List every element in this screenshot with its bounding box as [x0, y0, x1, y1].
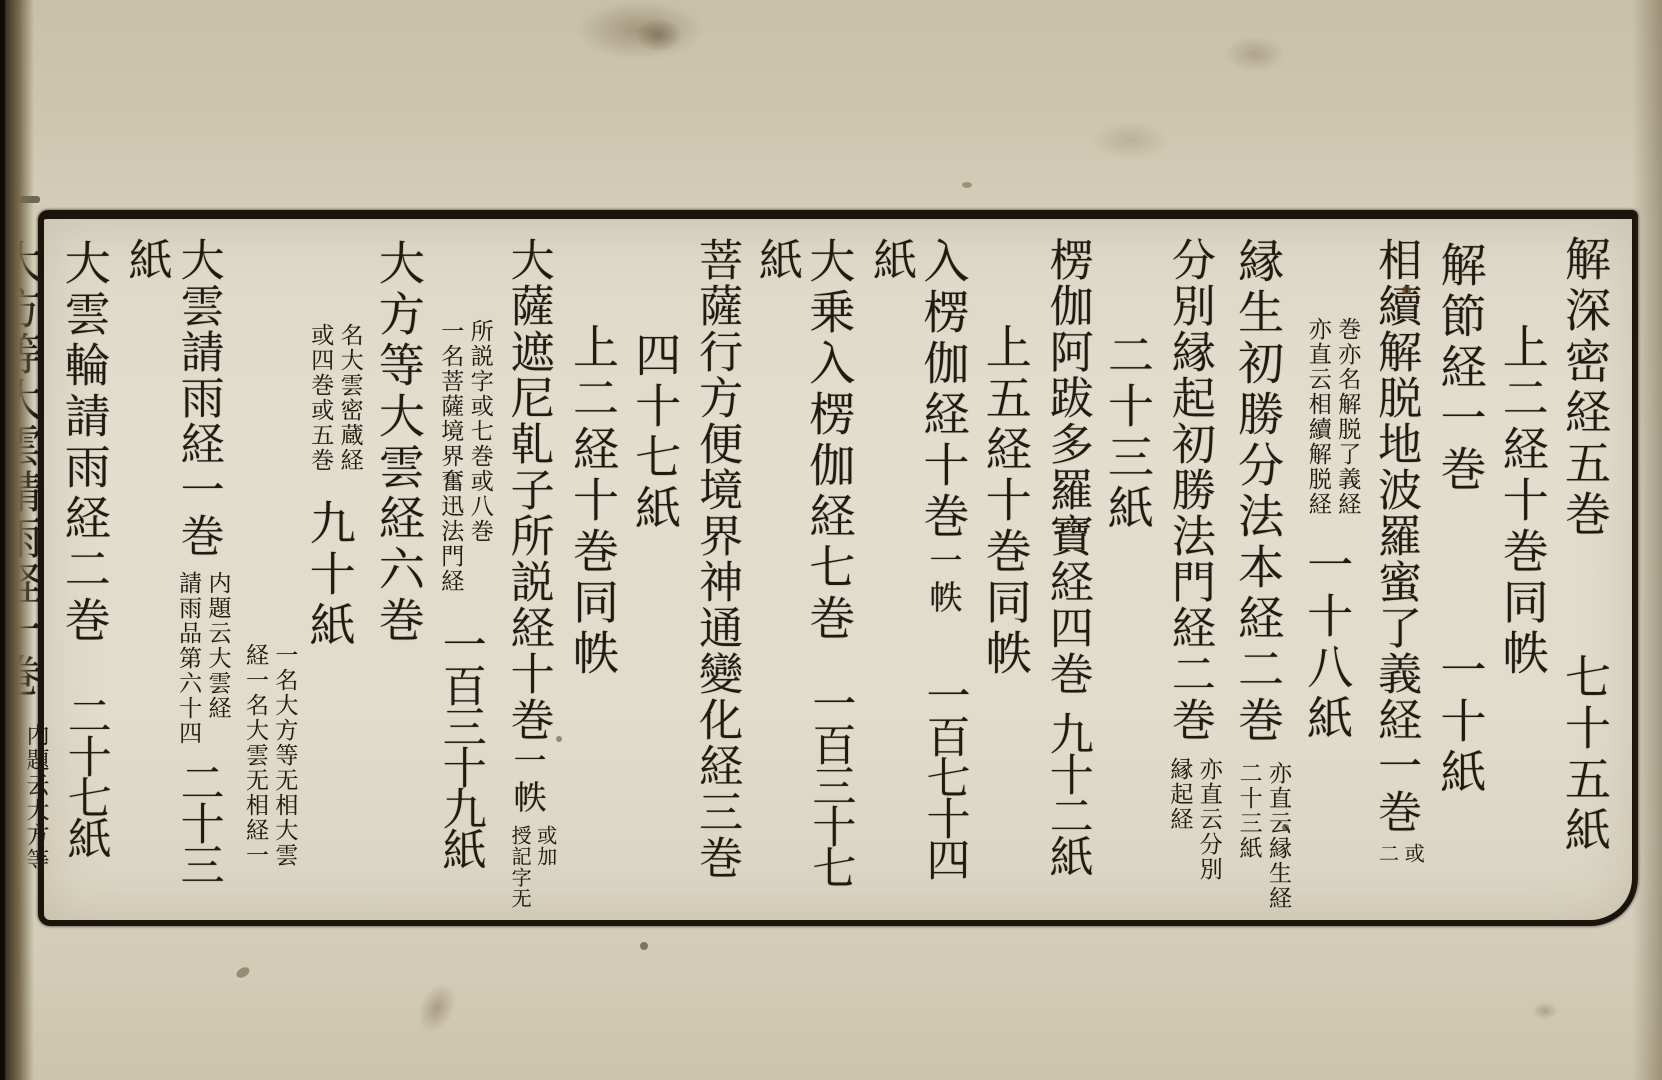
- interlinear-note: 内題云大雲経請雨品第六十四: [173, 571, 232, 746]
- entry-jieshenmi-jing: 解深密経五巻七十五紙: [1558, 227, 1612, 912]
- bleedthrough-mark: [1090, 120, 1170, 160]
- note-right-column: 或加: [532, 825, 558, 909]
- entry-dacheng-ru-lengqie-jing: 大乗入楞伽経七巻一百三十七紙: [750, 227, 856, 912]
- paper-stain: [411, 977, 464, 1038]
- bleedthrough-mark: [1225, 36, 1285, 72]
- sutra-title: 分別縁起初勝法門経二巻: [1164, 237, 1215, 743]
- note-left-column: 二十三紙: [1233, 761, 1262, 911]
- spacer: [1327, 517, 1328, 541]
- text-columns: 解深密経五巻七十五紙上二経十巻同帙解節経一巻一十紙相續解脱地波羅蜜了義経一巻或二…: [52, 227, 1620, 912]
- spacer: [1188, 743, 1189, 749]
- sutra-title: 楞伽阿跋多羅寶経四巻: [1042, 237, 1093, 697]
- sutra-title: 大雲請雨経一巻: [173, 237, 224, 559]
- note-left-column: 経一名大雲无相経一: [240, 643, 269, 868]
- binding-edge-shadow: [0, 0, 34, 1080]
- interlinear-note: 亦直云分別縁起経: [1164, 757, 1223, 882]
- bleedthrough-mark: [636, 18, 682, 52]
- entry-lengqie-abaduoluo-jing: 楞伽阿跋多羅寶経四巻九十二紙: [1041, 227, 1093, 912]
- entry-fenbie-yuanqi-jing: 分別縁起初勝法門経二巻亦直云分別縁起経: [1163, 227, 1223, 912]
- bundle-note: 上五経十巻同帙: [979, 323, 1033, 680]
- spacer: [943, 617, 944, 673]
- interlinear-note: 名大雲密蔵経或四巻或五巻: [305, 323, 364, 473]
- ink-spot: [962, 182, 972, 188]
- spacer: [829, 645, 830, 681]
- paper-stain: [1532, 1002, 1558, 1020]
- count-pusaxing: 四十七紙: [628, 227, 682, 912]
- paper-count: 二十七紙: [60, 693, 111, 857]
- note-left-column: 授記字无: [507, 825, 533, 909]
- binding-edge-line: [0, 0, 5, 1080]
- note-left-column: 縁起経: [1164, 757, 1193, 882]
- note-dasazhe: 所説字或七巻或八巻一名菩薩境界奮迅法門経一百三十九紙: [434, 227, 494, 912]
- note-left-column: 亦直云相續解脱経: [1302, 317, 1331, 517]
- paper-count: 四十七紙: [628, 331, 682, 535]
- sutra-title: 大雲輪請雨経二巻: [58, 239, 112, 647]
- interlinear-note: 一名大方等无相大雲経一名大雲无相経一: [240, 643, 299, 868]
- interlinear-note: 或加授記字无: [507, 825, 558, 909]
- ink-spot: [640, 942, 648, 950]
- spacer: [329, 473, 330, 499]
- entry-jiejie-jing: 解節経一巻一十紙: [1433, 227, 1487, 912]
- sutra-title: 縁生初勝分法本経二巻: [1231, 237, 1285, 747]
- entry-xiangxu-jietuo-jing: 相續解脱地波羅蜜了義経一巻或二: [1369, 227, 1425, 912]
- note-right-column: 亦直云分別: [1193, 757, 1222, 882]
- note-dayun-variants: 一名大方等无相大雲経一名大雲无相経一: [240, 227, 299, 912]
- note-dayun: 名大雲密蔵経或四巻或五巻九十紙: [302, 227, 363, 912]
- entry-dafangdeng-dayun-jing: 大方等大雲経六巻: [372, 227, 426, 912]
- sutra-title: 大乗入楞伽経七巻: [802, 237, 856, 645]
- printed-text-frame: 解深密経五巻七十五紙上二経十巻同帙解節経一巻一十紙相續解脱地波羅蜜了義経一巻或二…: [38, 210, 1638, 926]
- spacer: [1258, 747, 1259, 753]
- bundle-note: 上二経十巻同帙: [1496, 323, 1550, 680]
- spacer: [197, 559, 198, 563]
- note-right-column: 内題云大雲経: [202, 571, 231, 746]
- entry-dayunlun-qingyu-jing: 大雲輪請雨経二巻二十七紙: [58, 227, 112, 912]
- count-fenbie-yuanqi: 二十三紙: [1101, 227, 1155, 912]
- bundle-count: 一帙: [925, 543, 964, 617]
- interlinear-note: 巻亦名解脱了義経亦直云相續解脱経: [1302, 317, 1361, 517]
- paper-count: 九十紙: [303, 499, 357, 652]
- bundle-count: 一帙: [509, 743, 548, 817]
- interlinear-note: 或二: [1374, 843, 1425, 864]
- spacer: [1460, 496, 1461, 646]
- paper-count: 一百三十九紙: [435, 622, 486, 868]
- entry-ru-lengqie-jing: 入楞伽経十巻一帙一百七十四紙: [864, 227, 970, 912]
- note-left-column: 二: [1374, 843, 1400, 864]
- entry-pusaxing-fangbian-jing: 菩薩行方便境界神通變化経三巻: [690, 227, 742, 912]
- note-left-column: 或四巻或五巻: [305, 323, 334, 473]
- note-right-column: 巻亦名解脱了義経: [1332, 317, 1361, 517]
- spacer: [1585, 541, 1586, 653]
- spacer: [197, 746, 198, 760]
- sutra-title: 入楞伽経十巻: [917, 237, 971, 543]
- entry-dayun-qingyu-jing: 大雲請雨経一巻内題云大雲経請雨品第六十四二十三紙: [120, 227, 232, 912]
- note-right-column: 所説字或七巻或八巻: [464, 319, 493, 594]
- entry-yuansheng-chusheng-jing: 縁生初勝分法本経二巻亦直云縁生経二十三紙: [1231, 227, 1292, 912]
- scanned-catalog-page: 解深密経五巻七十五紙上二経十巻同帙解節経一巻一十紙相續解脱地波羅蜜了義経一巻或二…: [0, 0, 1662, 1080]
- note-right-column: 亦直云縁生経: [1263, 761, 1292, 911]
- entry-dasazhe-nigianzi-jing: 大薩遮尼乹子所説経十巻一帙或加授記字无: [502, 227, 558, 912]
- paper-count: 二十三紙: [1101, 331, 1155, 535]
- sutra-title: 解節経一巻: [1433, 241, 1487, 496]
- paper-count: 九十二紙: [1042, 711, 1093, 875]
- sutra-title: 大薩遮尼乹子所説経十巻: [503, 237, 554, 743]
- interlinear-note: 所説字或七巻或八巻一名菩薩境界奮迅法門経: [435, 319, 494, 594]
- note-right-column: 或: [1400, 843, 1426, 864]
- bundle-line-3: 上二経十巻同帙: [566, 227, 620, 912]
- note-left-column: 請雨品第六十四: [173, 571, 202, 746]
- sutra-title: 相續解脱地波羅蜜了義経一巻: [1370, 237, 1421, 835]
- paper-count: 一十紙: [1433, 646, 1487, 799]
- bundle-line-2: 上五経十巻同帙: [979, 227, 1033, 912]
- paper-count: 一十八紙: [1300, 541, 1354, 745]
- interlinear-note: 亦直云縁生経二十三紙: [1233, 761, 1292, 911]
- note-xiangxu-jietuo: 巻亦名解脱了義経亦直云相續解脱経一十八紙: [1300, 227, 1361, 912]
- spacer: [84, 647, 85, 693]
- bundle-note: 上二経十巻同帙: [566, 323, 620, 680]
- spacer: [459, 594, 460, 622]
- page-edge-shadow: [1632, 0, 1662, 1080]
- sutra-title: 大方等大雲経六巻: [372, 239, 426, 647]
- spacer: [1066, 697, 1067, 711]
- note-right-column: 名大雲密蔵経: [334, 323, 363, 473]
- bleedthrough-mark: [575, 0, 705, 60]
- sutra-title: 解深密経五巻: [1558, 235, 1612, 541]
- bundle-line-1: 上二経十巻同帙: [1495, 227, 1549, 912]
- note-right-column: 一名大方等无相大雲: [269, 643, 298, 868]
- note-left-column: 一名菩薩境界奮迅法門経: [435, 319, 464, 594]
- paper-count: 七十五紙: [1558, 653, 1612, 857]
- ink-spot: [235, 965, 252, 980]
- sutra-title: 菩薩行方便境界神通變化経三巻: [691, 237, 742, 881]
